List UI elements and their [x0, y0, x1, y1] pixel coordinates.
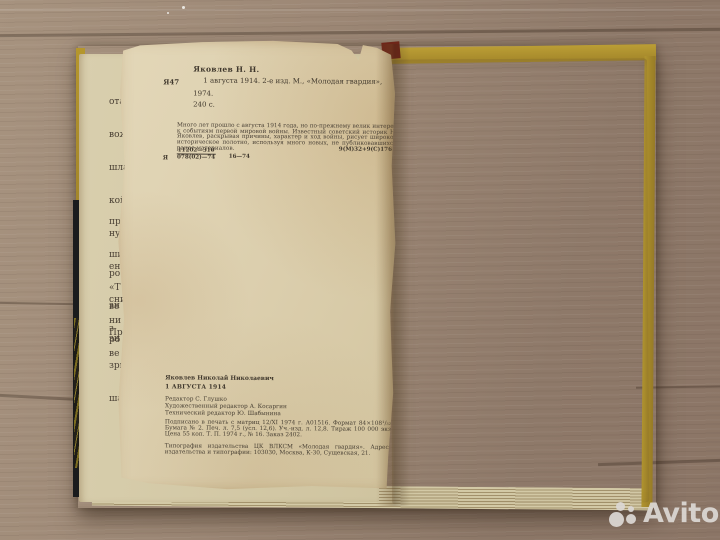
book-gutter-shadow	[376, 44, 410, 506]
imprint-year-line: 1974.	[193, 90, 213, 98]
avito-logo-circle	[609, 512, 624, 527]
colophon-author-full: Яковлев Николай Николаевич	[165, 374, 274, 382]
dust-speck	[182, 6, 185, 9]
catalog-code-suffix: 16—74	[229, 154, 250, 160]
dust-speck	[167, 12, 169, 14]
imprint-author-code: Я47	[163, 77, 179, 86]
avito-logo-icon	[597, 496, 643, 532]
wood-plank-seam	[0, 9, 720, 11]
colophon-typography: Типография издательства ЦК ВЛКСМ «Молода…	[165, 443, 389, 457]
catalog-code-prefix: Я	[163, 154, 168, 161]
catalog-code-denominator: 078(02)—74	[177, 155, 216, 162]
colophon-title-caps: 1 АВГУСТА 1914	[165, 383, 226, 390]
right-blank-page	[390, 58, 649, 503]
imprint-author: Яковлев Н. Н.	[193, 65, 259, 74]
catalog-code-fraction: 11202—310 078(02)—74	[177, 147, 216, 161]
avito-logo-circle	[628, 506, 634, 512]
avito-watermark: Avito	[597, 496, 719, 532]
avito-logo-circle	[626, 514, 636, 524]
colophon-editor-line: Технический редактор Ю. Шабынина	[165, 410, 287, 418]
avito-logo-circle	[616, 502, 625, 511]
wood-plank-seam	[0, 28, 720, 37]
imprint-pages-line: 240 с.	[193, 101, 215, 109]
book-photo: ота вож шла кой нус ени сни Пр зри ша пр…	[0, 0, 720, 540]
imprint-page-leaf: Яковлев Н. Н. Я47 1 августа 1914. 2-е из…	[114, 37, 399, 493]
avito-label: Avito	[643, 496, 719, 532]
imprint-title-line: 1 августа 1914. 2-е изд. М., «Молодая гв…	[203, 78, 393, 87]
colophon-editors: Редактор С. Глушко Художественный редакт…	[165, 396, 287, 418]
colophon-print-info: Подписано в печать с матриц 12/XI 1974 г…	[165, 420, 393, 439]
